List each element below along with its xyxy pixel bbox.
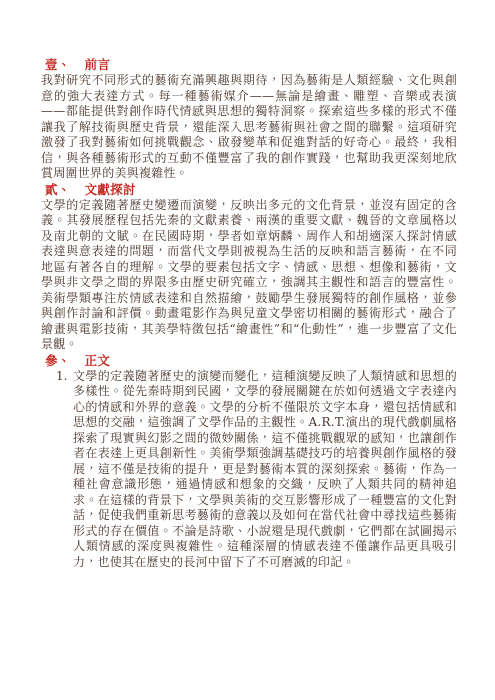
list-item-text: 文學的定義隨著歷史的演變而變化，這種演變反映了人類情感和思想的多樣性。從先秦時期…	[73, 369, 457, 571]
list-item-number: 1.	[56, 369, 73, 385]
list-item: 1. 文學的定義隨著歷史的演變而變化，這種演變反映了人類情感和思想的多樣性。從先…	[41, 369, 457, 571]
document-content: 壹、 前言 我對研究不同形式的藝術充滿興趣與期待，因為藝術是人類經驗、文化與創意…	[41, 57, 457, 570]
section-heading-main-text: 參、 正文	[41, 353, 457, 369]
ordered-list: 1. 文學的定義隨著歷史的演變而變化，這種演變反映了人類情感和思想的多樣性。從先…	[41, 369, 457, 571]
section-heading-literature-review: 貳、 文獻探討	[41, 182, 457, 198]
paragraph-preface: 我對研究不同形式的藝術充滿興趣與期待，因為藝術是人類經驗、文化與創意的強大表達方…	[41, 73, 457, 182]
paragraph-literature-review: 文學的定義隨著歷史變遷而演變，反映出多元的文化背景，並沒有固定的含義。其發展歷程…	[41, 198, 457, 353]
section-title: 正文	[85, 353, 111, 369]
section-number: 貳、	[45, 182, 71, 198]
section-title: 文獻探討	[85, 182, 136, 198]
section-number: 壹、	[45, 57, 71, 73]
section-number: 參、	[45, 353, 71, 369]
section-title: 前言	[85, 57, 111, 73]
section-heading-preface: 壹、 前言	[41, 57, 457, 73]
document-page: 壹、 前言 我對研究不同形式的藝術充滿興趣與期待，因為藝術是人類經驗、文化與創意…	[0, 0, 495, 700]
